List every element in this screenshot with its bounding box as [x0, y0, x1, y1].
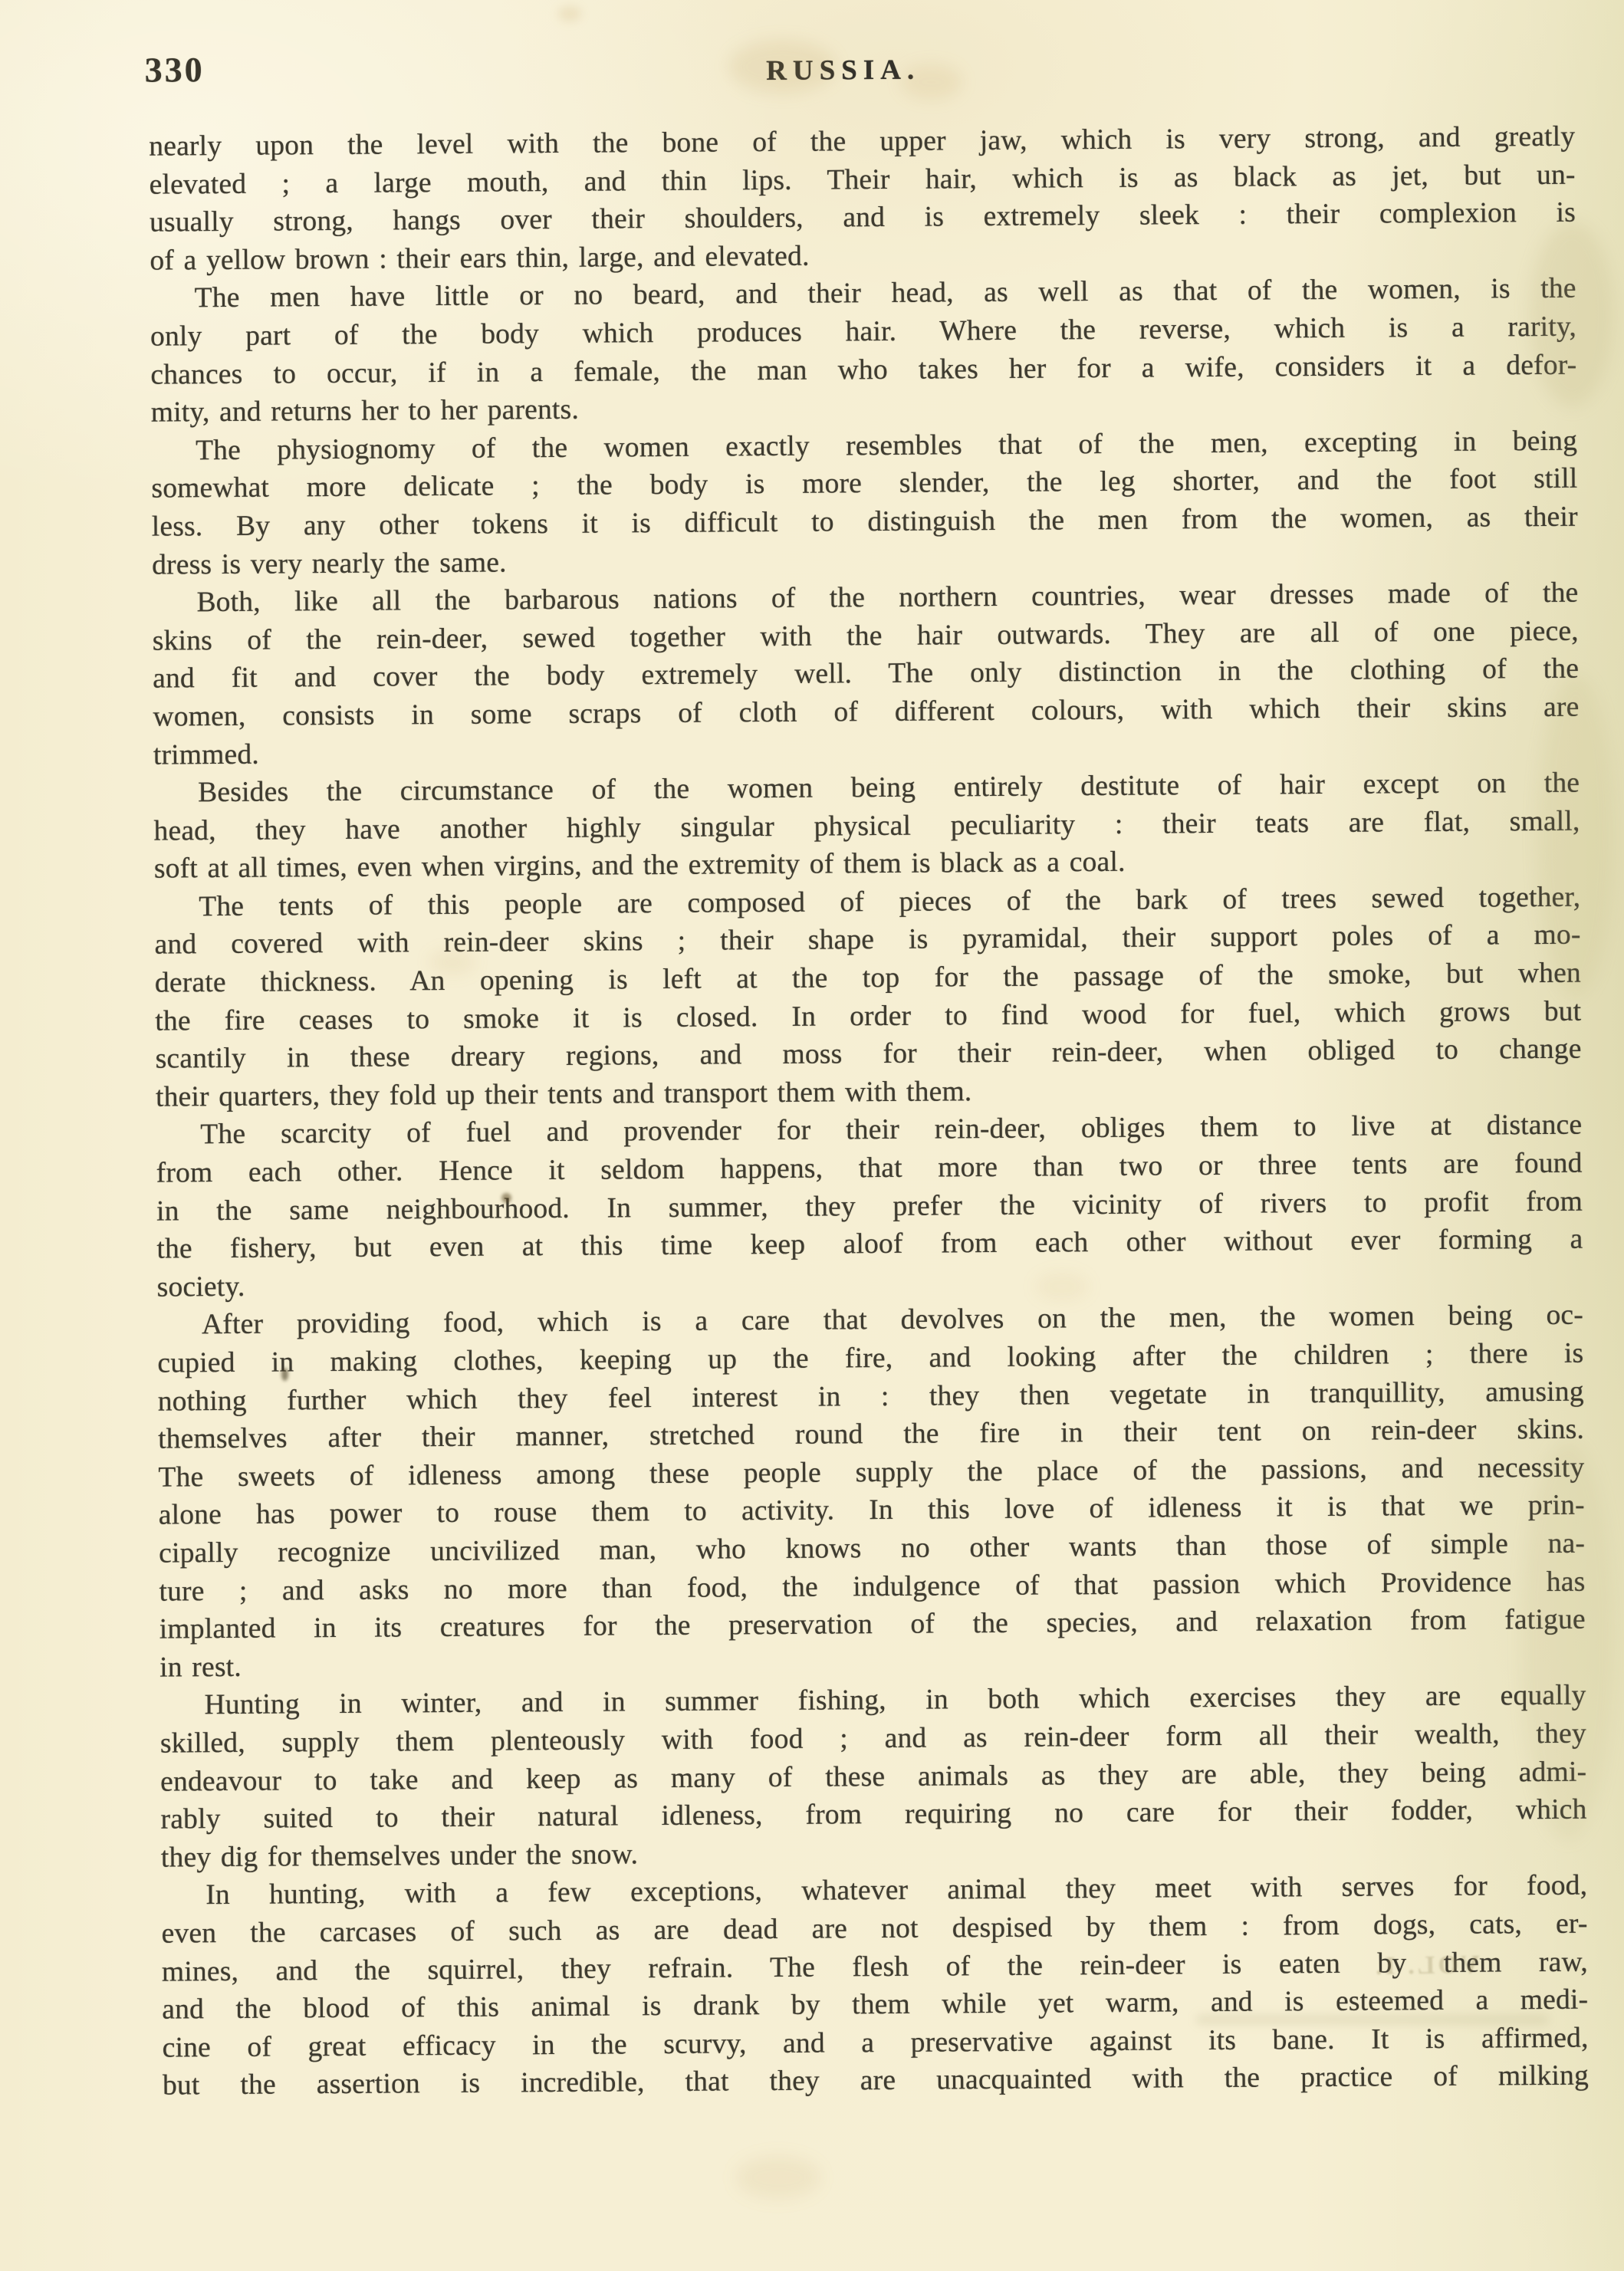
paragraph: The men have little or no beard, and the…: [150, 270, 1577, 432]
running-title: RUSSIA.: [1, 48, 1624, 93]
paragraph: The tents of this people are composed of…: [154, 879, 1582, 1117]
paragraph: Besides the circumstance of the women be…: [153, 764, 1580, 889]
book-page: 330 RUSSIA. nearly upon the level with t…: [0, 0, 1624, 2271]
paragraph: Both, like all the barbarous nations of …: [152, 574, 1580, 774]
paragraph: The scarcity of fuel and provender for t…: [156, 1106, 1583, 1306]
paragraph: The physiognomy of the women exactly res…: [151, 422, 1578, 583]
page-body: nearly upon the level with the bone of t…: [149, 118, 1589, 2105]
page-content: 330 RUSSIA. nearly upon the level with t…: [0, 0, 1624, 2271]
paragraph: After providing food, which is a care th…: [157, 1297, 1586, 1687]
bleedthrough-text: VOL. I.: [1373, 1951, 1480, 1981]
paragraph: In hunting, with a few exceptions, whate…: [161, 1867, 1589, 2105]
paragraph: nearly upon the level with the bone of t…: [149, 118, 1576, 280]
paragraph: Hunting in winter, and in summer fishing…: [159, 1677, 1587, 1877]
